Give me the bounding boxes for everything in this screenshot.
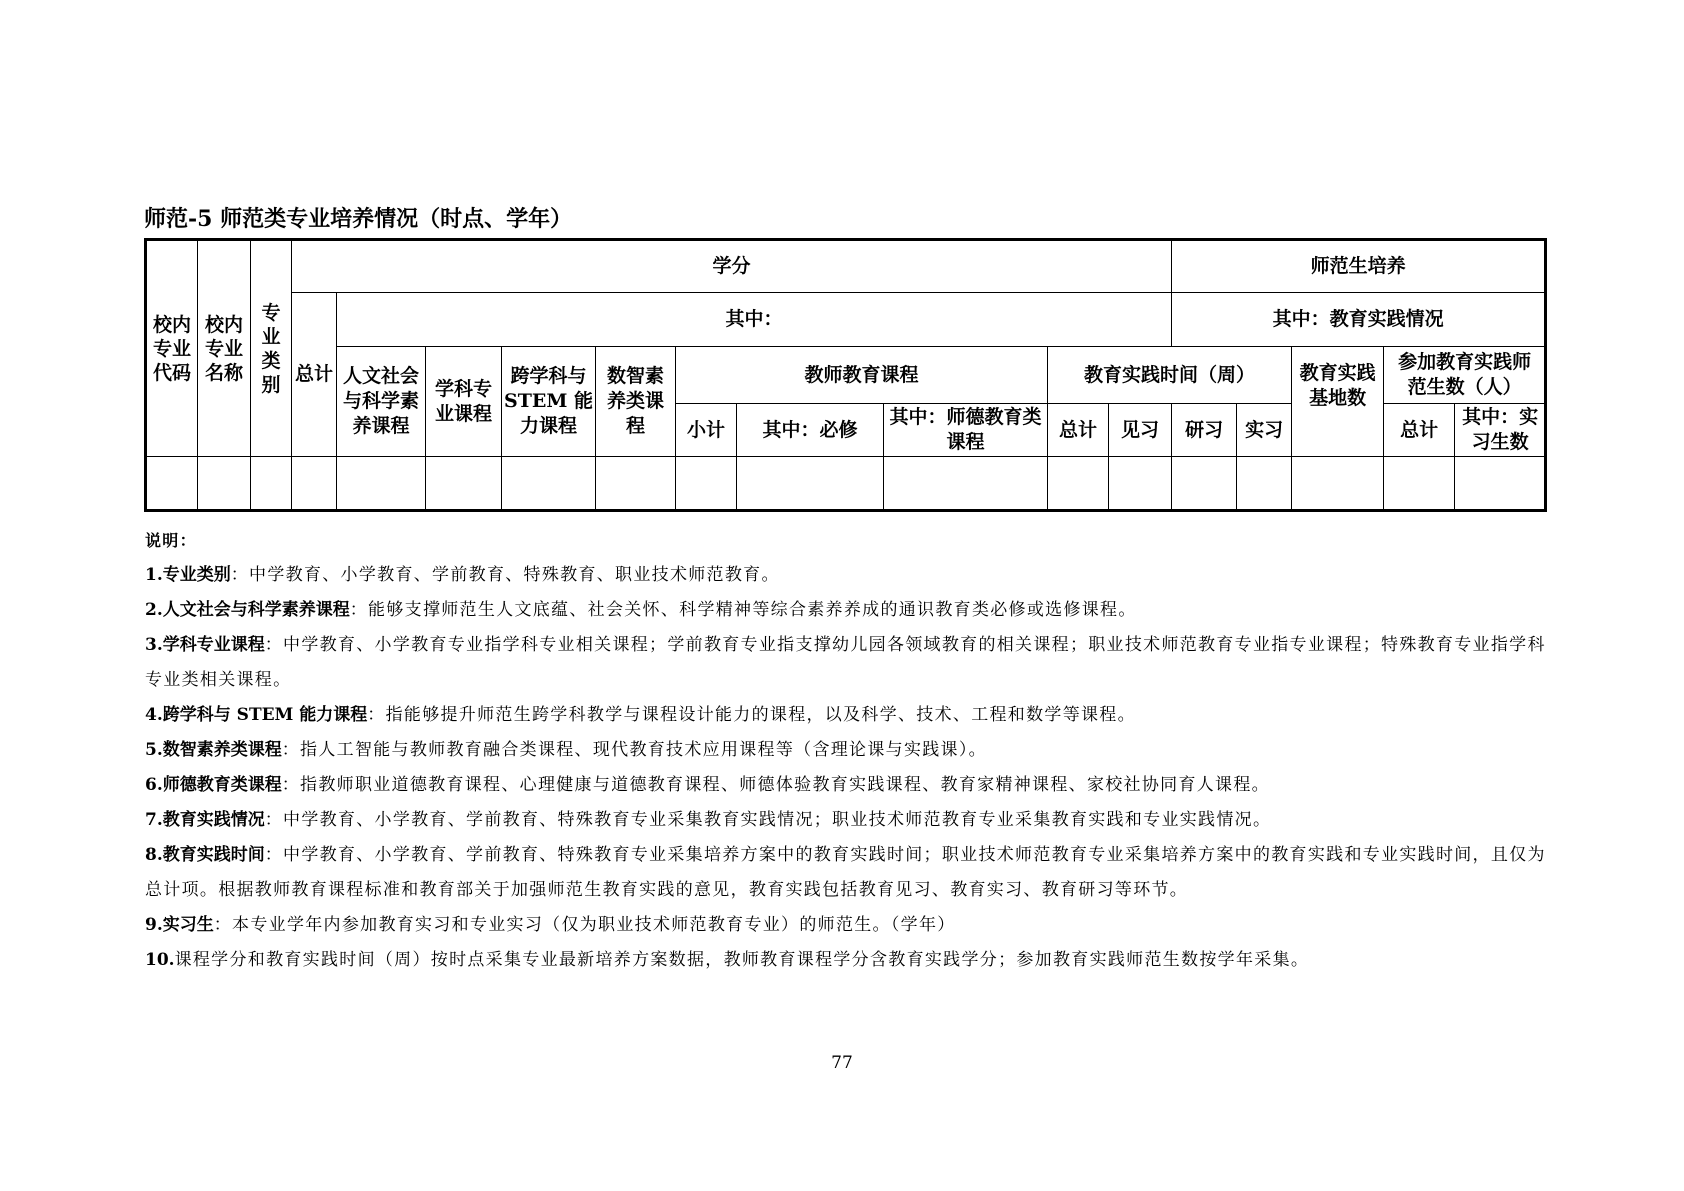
page-number: 77	[0, 1053, 1684, 1073]
header-practice-of-which: 其中：教育实践情况	[1172, 293, 1546, 347]
header-teacher-subtotal: 小计	[676, 404, 737, 457]
note-label: 2.人文社会与科学素养课程	[145, 600, 350, 620]
header-category: 专业类别	[251, 240, 292, 457]
header-bases: 教育实践基地数	[1292, 347, 1384, 457]
note-text: ：中学教育、小学教育、学前教育、特殊教育专业采集教育实践情况；职业技术师范教育专…	[265, 810, 1272, 830]
header-stem: 跨学科与STEM 能力课程	[502, 347, 596, 457]
cell-subject[interactable]	[426, 457, 502, 511]
cell-teacher-required[interactable]	[737, 457, 884, 511]
cell-teacher-ethics[interactable]	[884, 457, 1048, 511]
note-item: 10.课程学分和教育实践时间（周）按时点采集专业最新培养方案数据，教师教育课程学…	[145, 943, 1547, 978]
header-practice-time-total: 总计	[1048, 404, 1109, 457]
header-teacher-edu: 教师教育课程	[676, 347, 1048, 404]
header-digital: 数智素养类课程	[596, 347, 676, 457]
note-text: ：本专业学年内参加教育实习和专业实习（仅为职业技术师范教育专业）的师范生。（学年…	[214, 915, 956, 935]
note-label: 1.专业类别	[145, 565, 231, 585]
header-practice-time: 教育实践时间（周）	[1048, 347, 1292, 404]
cell-observation[interactable]	[1109, 457, 1172, 511]
note-text: ：能够支撑师范生人文底蕴、社会关怀、科学精神等综合素养养成的通识教育类必修或选修…	[350, 600, 1137, 620]
note-text: ：中学教育、小学教育、学前教育、特殊教育、职业技术师范教育。	[231, 565, 780, 585]
training-table: 校内专业代码 校内专业名称 专业类别 学分 师范生培养 总计 其中： 其中：教育…	[144, 238, 1547, 512]
note-item: 3.学科专业课程：中学教育、小学教育专业指学科专业相关课程；学前教育专业指支撑幼…	[145, 628, 1547, 698]
note-item: 5.数智素养类课程：指人工智能与教师教育融合类课程、现代教育技术应用课程等（含理…	[145, 733, 1547, 768]
table-row	[146, 457, 1546, 511]
cell-practice-total[interactable]	[1048, 457, 1109, 511]
cell-humanities[interactable]	[337, 457, 426, 511]
header-teacher-required: 其中：必修	[737, 404, 884, 457]
cell-digital[interactable]	[596, 457, 676, 511]
note-item: 6.师德教育类课程：指教师职业道德教育课程、心理健康与道德教育课程、师德体验教育…	[145, 768, 1547, 803]
note-label: 4.跨学科与 STEM 能力课程	[145, 705, 367, 725]
header-training: 师范生培养	[1172, 240, 1546, 293]
cell-teacher-subtotal[interactable]	[676, 457, 737, 511]
note-text: ：指能够提升师范生跨学科教学与课程设计能力的课程，以及科学、技术、工程和数学等课…	[367, 705, 1136, 725]
note-label: 10.	[145, 950, 175, 970]
note-text: ：中学教育、小学教育、学前教育、特殊教育专业采集培养方案中的教育实践时间；职业技…	[145, 845, 1546, 900]
header-name: 校内专业名称	[198, 240, 251, 457]
note-label: 5.数智素养类课程	[145, 740, 282, 760]
header-subject: 学科专业课程	[426, 347, 502, 457]
note-text: ：指教师职业道德教育课程、心理健康与道德教育课程、师德体验教育实践课程、教育家精…	[282, 775, 1270, 795]
header-observation: 见习	[1109, 404, 1172, 457]
note-label: 9.实习生	[145, 915, 214, 935]
note-item: 4.跨学科与 STEM 能力课程：指能够提升师范生跨学科教学与课程设计能力的课程…	[145, 698, 1547, 733]
header-credits: 学分	[292, 240, 1172, 293]
table-title: 师范-5 师范类专业培养情况（时点、学年）	[144, 202, 572, 233]
note-item: 1.专业类别：中学教育、小学教育、学前教育、特殊教育、职业技术师范教育。	[145, 558, 1547, 593]
cell-credits-total[interactable]	[292, 457, 337, 511]
cell-name[interactable]	[198, 457, 251, 511]
note-label: 6.师德教育类课程	[145, 775, 282, 795]
note-item: 9.实习生：本专业学年内参加教育实习和专业实习（仅为职业技术师范教育专业）的师范…	[145, 908, 1547, 943]
cell-research[interactable]	[1172, 457, 1237, 511]
note-label: 7.教育实践情况	[145, 810, 265, 830]
note-text: ：中学教育、小学教育专业指学科专业相关课程；学前教育专业指支撑幼儿园各领域教育的…	[145, 635, 1546, 690]
header-internship: 实习	[1237, 404, 1292, 457]
header-interns: 其中：实习生数	[1455, 404, 1546, 457]
notes-heading: 说明：	[145, 523, 1547, 558]
cell-category[interactable]	[251, 457, 292, 511]
note-item: 2.人文社会与科学素养课程：能够支撑师范生人文底蕴、社会关怀、科学精神等综合素养…	[145, 593, 1547, 628]
cell-internship[interactable]	[1237, 457, 1292, 511]
note-item: 8.教育实践时间：中学教育、小学教育、学前教育、特殊教育专业采集培养方案中的教育…	[145, 838, 1547, 908]
notes-section: 说明： 1.专业类别：中学教育、小学教育、学前教育、特殊教育、职业技术师范教育。…	[145, 523, 1547, 978]
cell-interns[interactable]	[1455, 457, 1546, 511]
header-participants: 参加教育实践师范生数（人）	[1384, 347, 1546, 404]
header-credits-of-which: 其中：	[337, 293, 1172, 347]
header-participants-total: 总计	[1384, 404, 1455, 457]
cell-code[interactable]	[146, 457, 198, 511]
note-label: 3.学科专业课程	[145, 635, 265, 655]
header-credits-total: 总计	[292, 293, 337, 457]
header-code: 校内专业代码	[146, 240, 198, 457]
header-humanities: 人文社会与科学素养课程	[337, 347, 426, 457]
cell-bases[interactable]	[1292, 457, 1384, 511]
note-text: 课程学分和教育实践时间（周）按时点采集专业最新培养方案数据，教师教育课程学分含教…	[175, 950, 1310, 970]
cell-participants-total[interactable]	[1384, 457, 1455, 511]
note-label: 8.教育实践时间	[145, 845, 265, 865]
cell-stem[interactable]	[502, 457, 596, 511]
note-text: ：指人工智能与教师教育融合类课程、现代教育技术应用课程等（含理论课与实践课）。	[282, 740, 987, 760]
header-teacher-ethics: 其中：师德教育类课程	[884, 404, 1048, 457]
note-item: 7.教育实践情况：中学教育、小学教育、学前教育、特殊教育专业采集教育实践情况；职…	[145, 803, 1547, 838]
header-research: 研习	[1172, 404, 1237, 457]
